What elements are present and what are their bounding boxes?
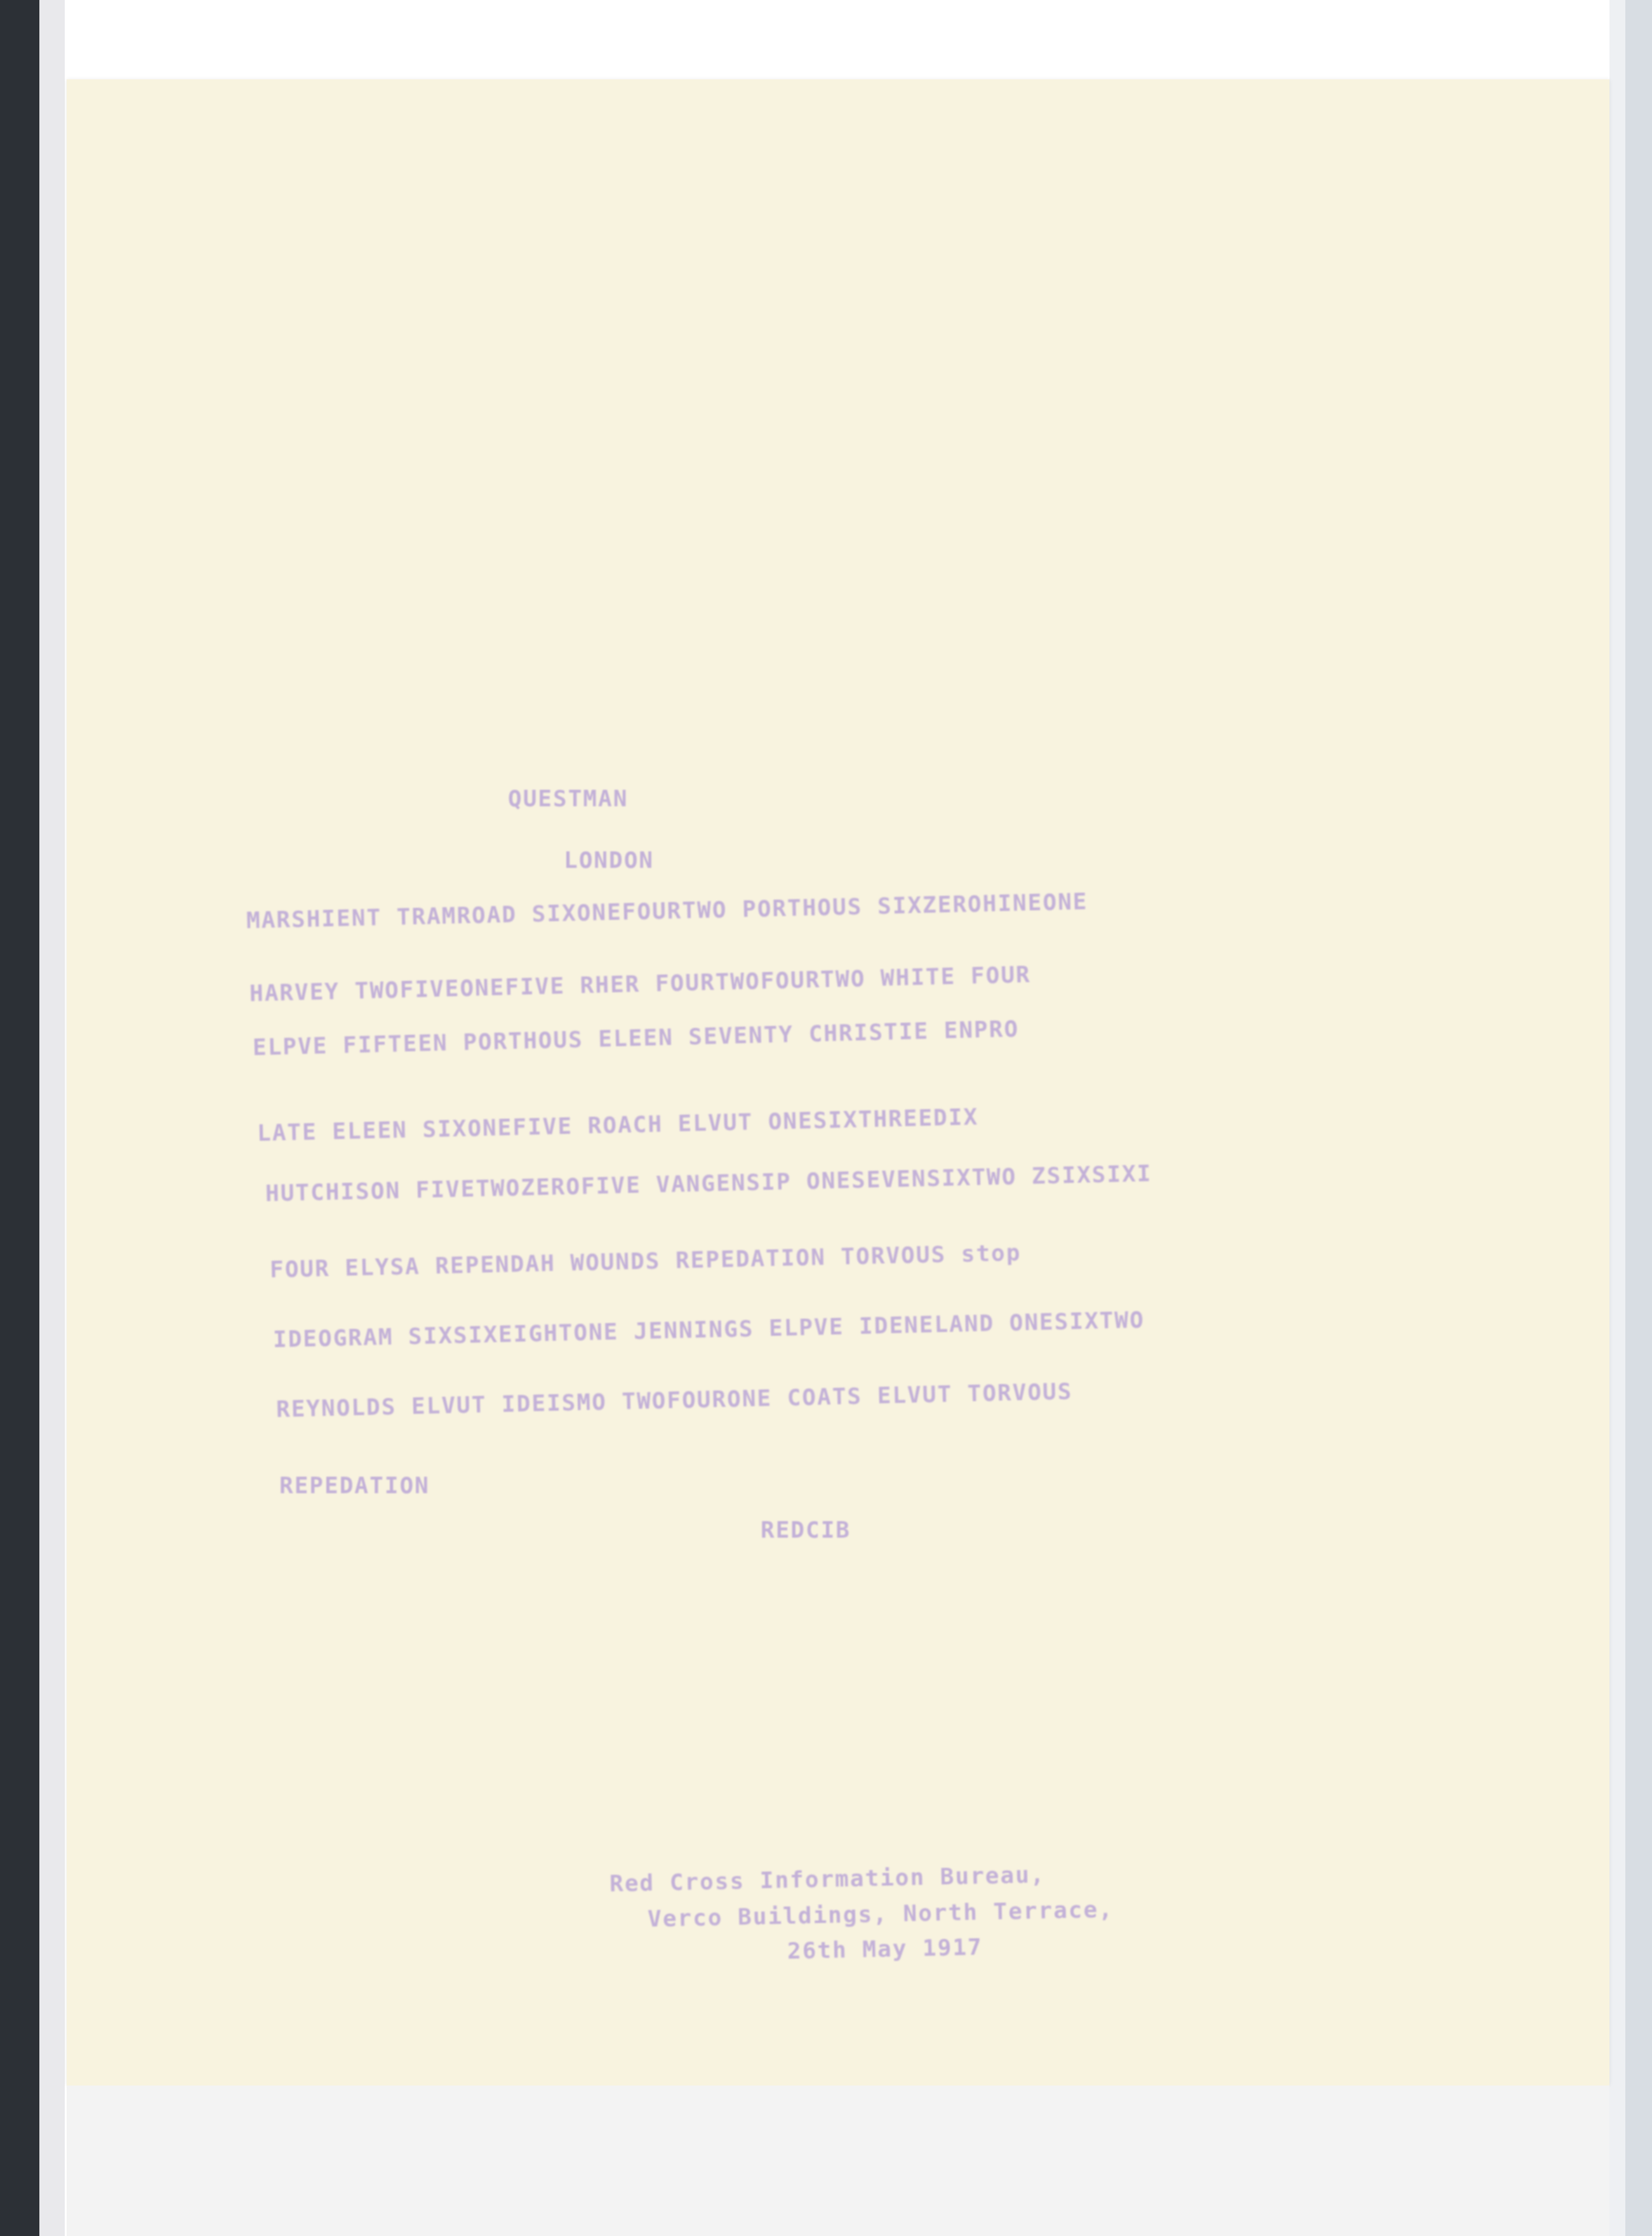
telegram-paper [67,79,1609,2086]
addressee-city: LONDON [564,848,654,874]
scanner-margin-left [39,0,65,2236]
addressee-name: QUESTMAN [508,786,628,812]
message-line-9: REPEDATION [279,1473,430,1499]
scanner-edge-right [1625,0,1652,2236]
sender-code: REDCIB [761,1517,851,1543]
scanner-edge-left [0,0,39,2236]
footer-line-3: 26th May 1917 [787,1934,983,1964]
paper-bottom-margin [67,2086,1609,2236]
